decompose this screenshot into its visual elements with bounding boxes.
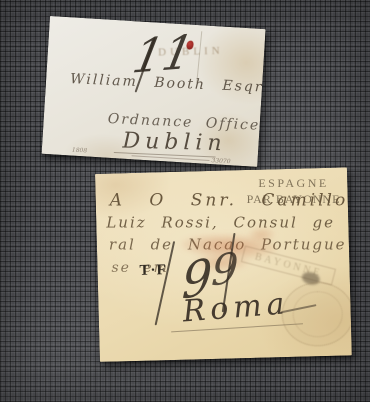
faint-circular-datestamp [281, 281, 352, 347]
address-line-recipient: William Booth Esqre [70, 71, 266, 96]
photo-fabric-background: DUBLIN 11 William Booth Esqre Ordnance O… [0, 0, 370, 402]
handstamp-line-espagne: ESPAGNE [242, 176, 346, 191]
pencil-note-left: 1808 [72, 147, 88, 155]
tf-tassa-franca-handstamp: T·F [139, 262, 167, 280]
bottom-letter-cover: ESPAGNE PAR BAYONNE A O Snr. Camillo Lui… [95, 167, 352, 362]
circular-datestamp-inner-ring [292, 291, 343, 338]
address-line-2: Luiz Rossi, Consul ge [106, 214, 335, 232]
pen-flourish-stroke [155, 241, 176, 325]
destination-roma: Roma [181, 286, 290, 329]
manuscript-rate-mark: 11 [129, 28, 197, 79]
pencil-note-right: 33070 [211, 157, 230, 165]
address-line-city: Dublin [122, 128, 227, 156]
address-line-1: A O Snr. Camillo [110, 191, 349, 211]
top-letter-cover: DUBLIN 11 William Booth Esqre Ordnance O… [42, 16, 266, 167]
